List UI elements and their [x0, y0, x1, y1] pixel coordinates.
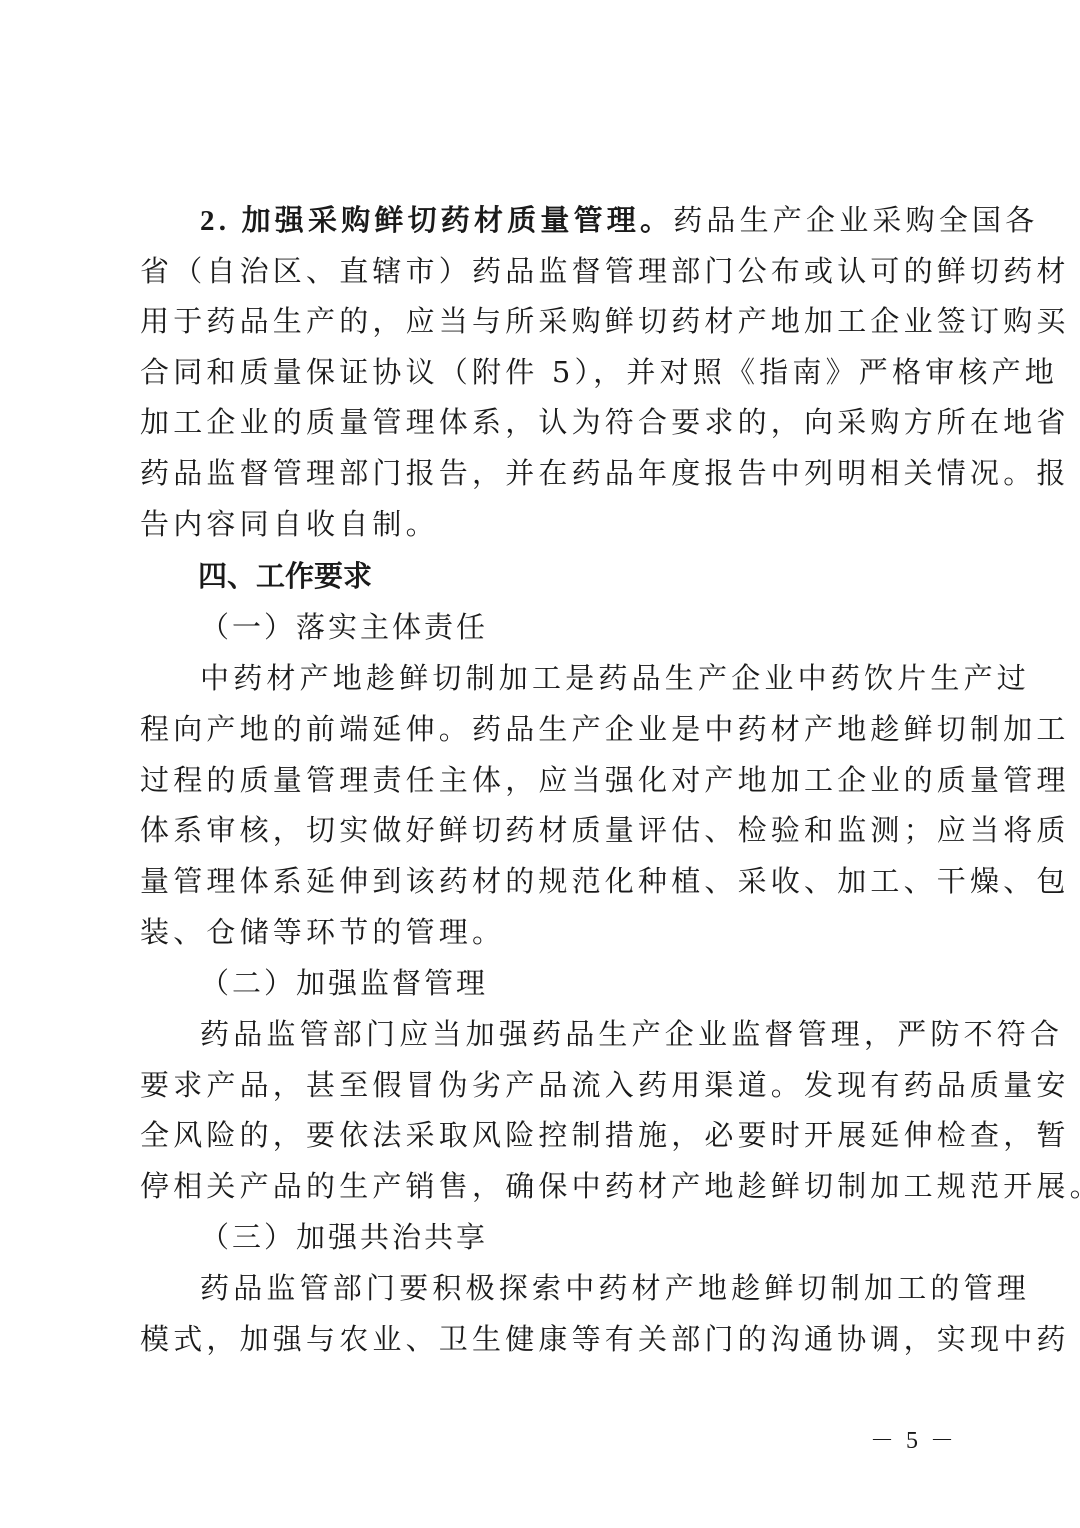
subsection-heading: （三）加强共治共享 [200, 1217, 488, 1257]
paragraph-line: 省（自治区、直辖市）药品监督管理部门公布或认可的鲜切药材 [140, 251, 942, 291]
section-lead-title: 2. 加强采购鲜切药材质量管理。 [200, 205, 673, 237]
paragraph-line: 停相关产品的生产销售，确保中药材产地趁鲜切制加工规范开展。 [140, 1166, 942, 1206]
paragraph-line: 体系审核，切实做好鲜切药材质量评估、检验和监测；应当将质 [140, 810, 942, 850]
paragraph-text: 药品生产企业采购全国各 [673, 203, 1038, 237]
paragraph-line: 过程的质量管理责任主体，应当强化对产地加工企业的质量管理 [140, 760, 942, 800]
section-heading: 四、工作要求 [198, 556, 372, 596]
subsection-heading: （一）落实主体责任 [200, 607, 488, 647]
paragraph-line: 2. 加强采购鲜切药材质量管理。药品生产企业采购全国各 [200, 200, 942, 240]
paragraph-line: 中药材产地趁鲜切制加工是药品生产企业中药饮片生产过 [200, 658, 942, 698]
paragraph-line: 加工企业的质量管理体系，认为符合要求的，向采购方所在地省 [140, 402, 942, 442]
page-number: － 5 － [870, 1426, 957, 1456]
paragraph-line: 合同和质量保证协议（附件 5），并对照《指南》严格审核产地 [140, 352, 942, 392]
paragraph-line: 要求产品，甚至假冒伪劣产品流入药用渠道。发现有药品质量安 [140, 1065, 942, 1105]
paragraph-line: 全风险的，要依法采取风险控制措施，必要时开展延伸检查，暂 [140, 1115, 942, 1155]
subsection-heading: （二）加强监督管理 [200, 963, 488, 1003]
paragraph-line: 模式，加强与农业、卫生健康等有关部门的沟通协调，实现中药 [140, 1319, 942, 1359]
paragraph-line: 程向产地的前端延伸。药品生产企业是中药材产地趁鲜切制加工 [140, 709, 942, 749]
document-page: 2. 加强采购鲜切药材质量管理。药品生产企业采购全国各 省（自治区、直辖市）药品… [0, 0, 1080, 1528]
paragraph-line: 药品监管部门应当加强药品生产企业监督管理，严防不符合 [200, 1014, 942, 1054]
paragraph-line: 药品监督管理部门报告，并在药品年度报告中列明相关情况。报 [140, 453, 942, 493]
paragraph-line: 药品监管部门要积极探索中药材产地趁鲜切制加工的管理 [200, 1268, 942, 1308]
paragraph-line: 装、仓储等环节的管理。 [140, 912, 942, 952]
paragraph-line: 用于药品生产的，应当与所采购鲜切药材产地加工企业签订购买 [140, 301, 942, 341]
paragraph-line: 量管理体系延伸到该药材的规范化种植、采收、加工、干燥、包 [140, 861, 942, 901]
paragraph-line: 告内容同自收自制。 [140, 504, 942, 544]
